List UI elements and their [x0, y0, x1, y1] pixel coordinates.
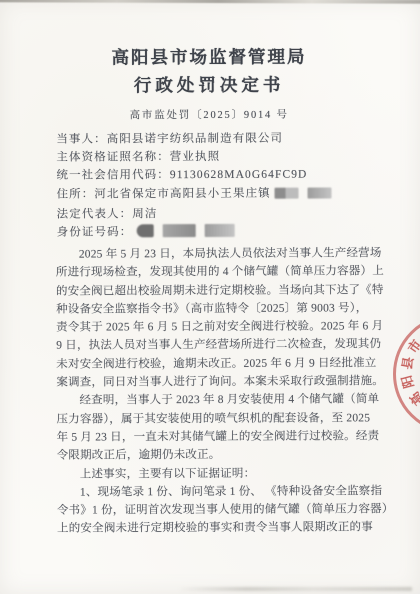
body-text-line: 种设备安全监察指令书》（高市监特令〔2025〕第 9003 号）， [56, 299, 386, 319]
body-text-line: 上的安全阀未进行定期校验的事实和责令当事人限期改正的事 [57, 519, 387, 539]
body-text-line: 2025 年 5 月 23 日，本局执法人员依法对当事人生产经营场 [56, 244, 386, 264]
field-label: 法定代表人： [57, 208, 133, 220]
document-number: 高市监处罚〔2025〕9014 号 [0, 106, 419, 123]
redaction-box [275, 187, 299, 198]
redaction-box [162, 224, 195, 237]
body-text-line: 的安全阀已超出校验周期未进行定期校验。当场向其下达了《特 [56, 281, 386, 301]
scan-bottom-smudge [177, 587, 412, 591]
body-text-line: 令限期改正后，逾期仍未改正。 [57, 445, 387, 465]
body-text-line: 未对安全阀进行校验，逾期未改正。2025 年 6 月 9 日经批准立 [56, 354, 386, 374]
redaction-box [204, 224, 234, 237]
field-line: 法定代表人：周洁 [57, 204, 384, 224]
body-text-line: 1、现场笔录 1 份、询问笔录 1 份、 《特种设备安全监察指 [57, 482, 387, 502]
field-line: 住所：河北省保定市高阳县小王果庄镇 [57, 184, 384, 206]
body-text-line: 所进行现场检查，发现其使用的 4 个储气罐（简单压力容器）上 [56, 263, 386, 283]
document-content: 高阳县市场监督管理局 行政处罚决定书 高市监处罚〔2025〕9014 号 当事人… [0, 0, 420, 594]
document-body: 2025 年 5 月 23 日，本局执法人员依法对当事人生产经营场 所进行现场检… [56, 244, 387, 538]
document-page: 高阳县市场监督管理局 行政处罚决定书 高市监处罚〔2025〕9014 号 当事人… [0, 0, 420, 594]
field-label: 统一社会信用代码： [56, 170, 169, 182]
field-line: 统一社会信用代码：91130628MA0G64FC9D [56, 166, 383, 186]
field-label: 身份证号码： [57, 226, 133, 238]
body-text-line: 9 日，执法人员对当事人生产经营场所进行二次检查，发现其仍 [56, 336, 386, 356]
field-line: 身份证号码： [57, 222, 384, 244]
field-label: 主体资格证照名称： [56, 151, 169, 163]
body-text-line: 经查明，当事人于 2023 年 8 月安装使用 4 个储气罐（简单 [56, 391, 386, 411]
field-value: 河北省保定市高阳县小王果庄镇 [94, 187, 270, 200]
title-block: 高阳县市场监督管理局 行政处罚决定书 高市监处罚〔2025〕9014 号 [0, 43, 419, 123]
field-value: 高阳县诺宇纺织品制造有限公司 [107, 133, 283, 146]
field-value: 营业执照 [170, 151, 220, 163]
body-text-line: 令书》1 份，证明首次发现当事人使用的储气罐（简单压力容器） [57, 500, 387, 520]
redaction-holder [136, 224, 234, 244]
field-line: 主体资格证照名称：营业执照 [56, 147, 383, 167]
field-label: 住所： [57, 188, 95, 200]
body-text-line: 年 5 月 23 日，一直未对其储气罐上的安全阀进行过校验。经责 [57, 427, 387, 447]
field-line: 当事人：高阳县诺宇纺织品制造有限公司 [56, 129, 383, 149]
agency-title: 高阳县市场监督管理局 [0, 43, 419, 71]
body-text-line: 案调查，同日对当事人进行了询问。本案未采取行政强制措施。 [56, 372, 386, 392]
redaction-box [136, 224, 153, 237]
body-text-line: 压力容器），属于其安装使用的喷气织机的配套设备，至 2025 [56, 409, 386, 429]
field-label: 当事人： [56, 133, 106, 145]
document-type-title: 行政处罚决定书 [0, 71, 419, 99]
document-fields: 当事人：高阳县诺宇纺织品制造有限公司 主体资格证照名称：营业执照 统一社会信用代… [56, 129, 383, 244]
field-value: 91130628MA0G64FC9D [170, 169, 308, 182]
body-text-line: 责令其于 2025 年 6 月 5 日之前对安全阀进行校验。2025 年 6 月 [56, 317, 386, 337]
field-value: 周洁 [132, 208, 157, 220]
redaction-holder [275, 186, 332, 204]
body-text-line: 上述事实，主要有以下证据证明： [57, 464, 387, 484]
redaction-box [308, 187, 332, 198]
